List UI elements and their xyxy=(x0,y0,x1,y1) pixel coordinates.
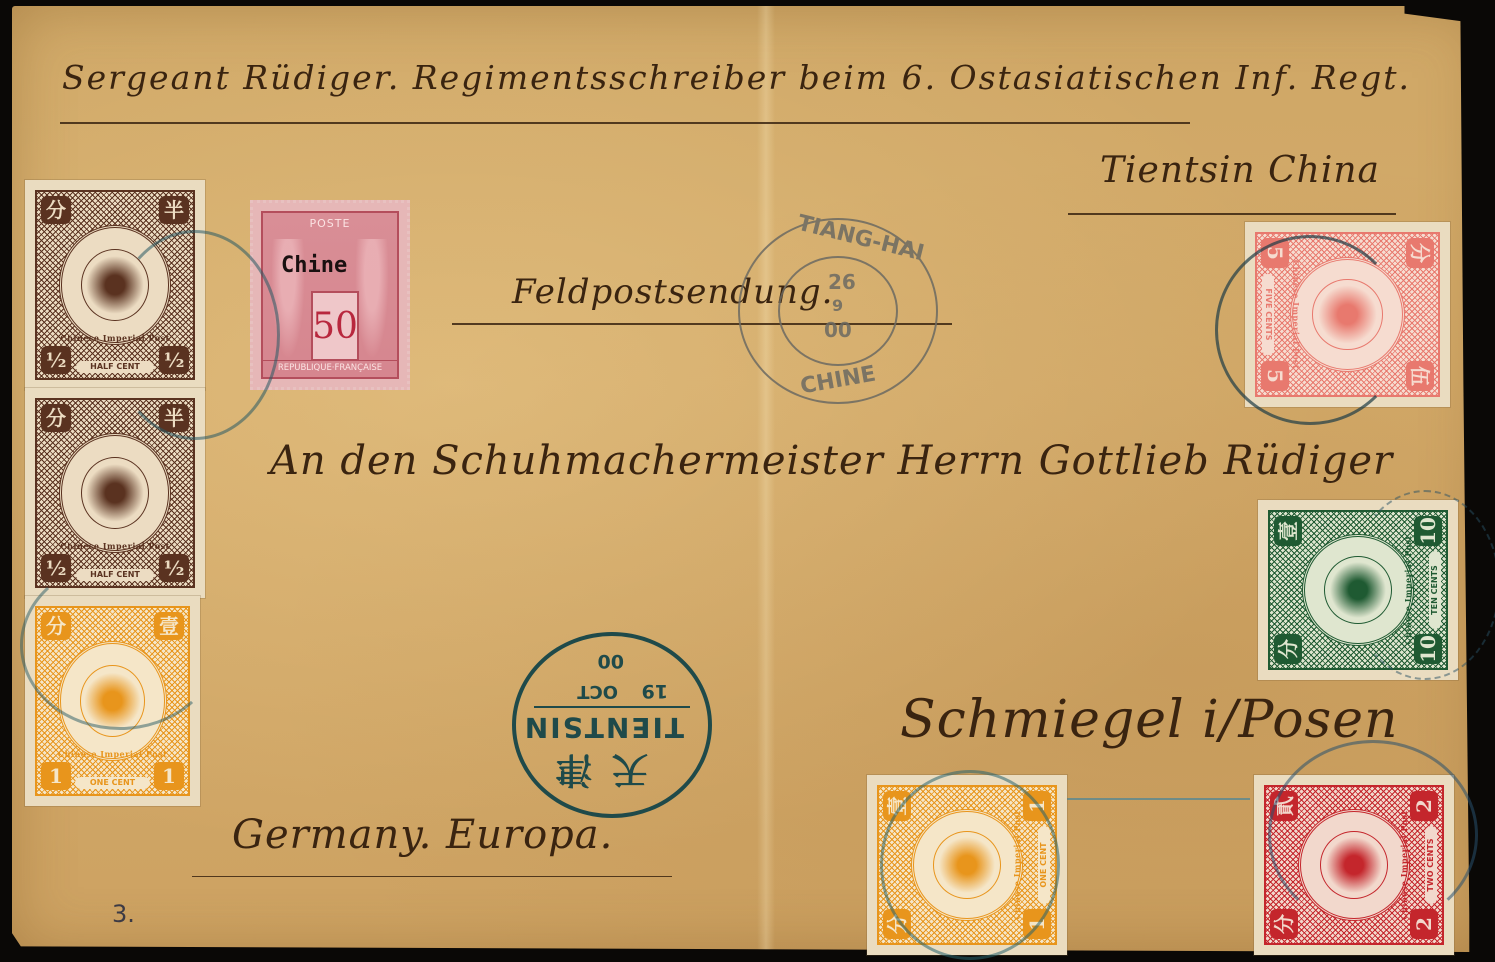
cancel-one-cent-bottom xyxy=(880,770,1060,960)
country-underline xyxy=(192,876,672,877)
cancel-left-bottom xyxy=(20,560,220,730)
cancel-ten-cents xyxy=(1350,490,1495,680)
destination-underline xyxy=(1040,798,1250,800)
cancel-two-cents xyxy=(1268,740,1478,930)
cancel-left-top xyxy=(110,230,280,440)
addressee-line: An den Schuhmachermeister Herrn Gottlieb… xyxy=(270,438,1393,484)
pencil-note: 3. xyxy=(112,900,135,928)
overprint-chine: Chine xyxy=(281,253,347,278)
postmark-tientsin: 19 OCT 00 TIENTSIN 天津 xyxy=(512,632,712,818)
sender-underline xyxy=(60,122,1190,124)
sage-figure-right xyxy=(355,239,389,359)
cancel-five-cents xyxy=(1215,235,1405,425)
sender-line: Sergeant Rüdiger. Regimentsschreiber bei… xyxy=(62,58,1411,97)
postmark-tiang-hai: TIANG-HAI CHINE 26 9 00 xyxy=(738,218,938,404)
destination-country: Germany. Europa. xyxy=(232,812,613,858)
destination-city: Schmiegel i/Posen xyxy=(900,690,1398,750)
sender-city: Tientsin China xyxy=(1100,150,1380,191)
city-underline xyxy=(1068,213,1396,215)
